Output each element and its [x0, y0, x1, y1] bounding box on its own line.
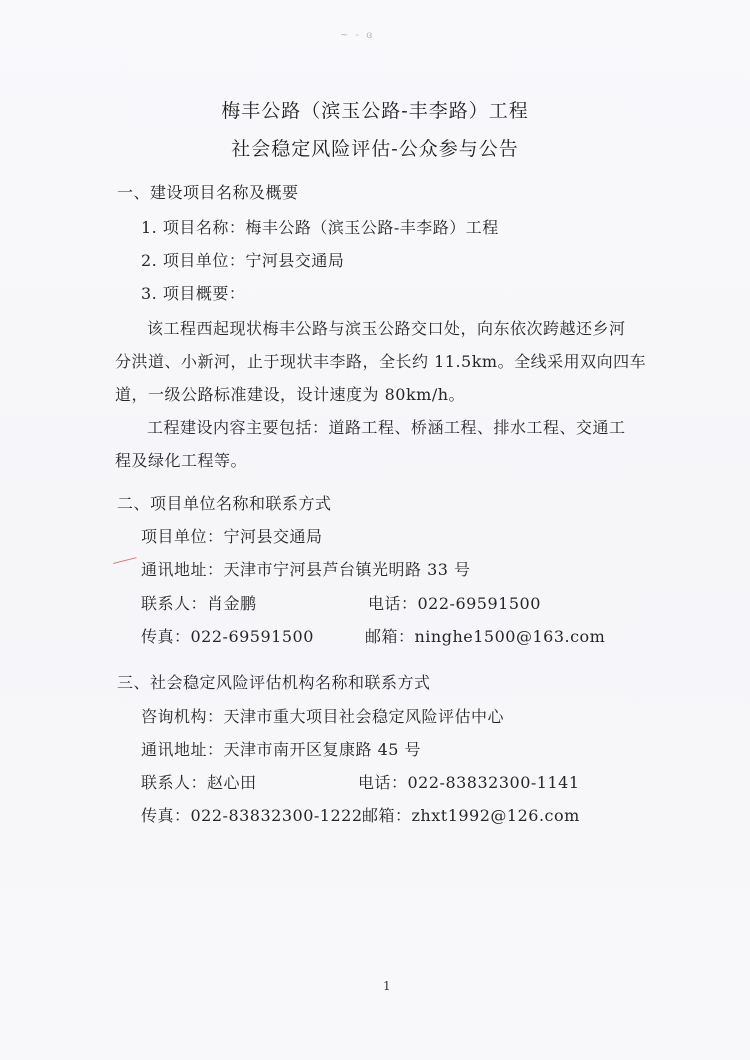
section2-fax: 传真：022-69591500	[141, 624, 314, 647]
page-number: 1	[383, 979, 391, 993]
section2-contact-person: 联系人：肖金鹏	[141, 591, 257, 614]
document-title-line1: 梅丰公路（滨玉公路-丰李路）工程	[0, 96, 750, 123]
section1-item-project-overview: 3. 项目概要：	[141, 281, 245, 304]
section2-unit: 项目单位：宁河县交通局	[141, 524, 323, 547]
content-line-2: 程及绿化工程等。	[115, 448, 715, 471]
section3-contact-person: 联系人：赵心田	[141, 770, 257, 793]
section3-fax: 传真：022-83832300-1222	[141, 803, 363, 826]
section2-email: 邮箱：ninghe1500@163.com	[365, 624, 605, 647]
section2-heading: 二、项目单位名称和联系方式	[117, 491, 332, 514]
overview-line-1: 该工程西起现状梅丰公路与滨玉公路交口处，向东依次跨越还乡河	[147, 316, 626, 339]
section3-heading: 三、社会稳定风险评估机构名称和联系方式	[117, 670, 431, 693]
section1-item-project-name: 1. 项目名称：梅丰公路（滨玉公路-丰李路）工程	[141, 215, 499, 238]
scan-artifact-mark: ~ - ɞ	[340, 32, 385, 40]
section3-email: 邮箱：zhxt1992@126.com	[362, 803, 580, 826]
document-title-line2: 社会稳定风险评估-公众参与公告	[0, 134, 750, 161]
section1-heading: 一、建设项目名称及概要	[117, 180, 299, 203]
section1-item-project-unit: 2. 项目单位：宁河县交通局	[141, 248, 344, 271]
section3-phone: 电话：022-83832300-1141	[358, 770, 580, 793]
overview-line-3: 道，一级公路标准建设，设计速度为 80km/h。	[115, 382, 715, 405]
overview-line-2: 分洪道、小新河，止于现状丰李路，全长约 11.5km。全线采用双向四车	[115, 349, 715, 372]
section3-agency: 咨询机构：天津市重大项目社会稳定风险评估中心	[141, 704, 504, 727]
red-pen-mark	[113, 557, 138, 572]
content-line-1: 工程建设内容主要包括：道路工程、桥涵工程、排水工程、交通工	[147, 415, 626, 438]
section2-address: 通讯地址：天津市宁河县芦台镇光明路 33 号	[141, 557, 471, 580]
section2-phone: 电话：022-69591500	[368, 591, 541, 614]
section3-address: 通讯地址：天津市南开区复康路 45 号	[141, 737, 421, 760]
scanned-document-page: ~ - ɞ 梅丰公路（滨玉公路-丰李路）工程 社会稳定风险评估-公众参与公告 一…	[0, 0, 750, 1060]
